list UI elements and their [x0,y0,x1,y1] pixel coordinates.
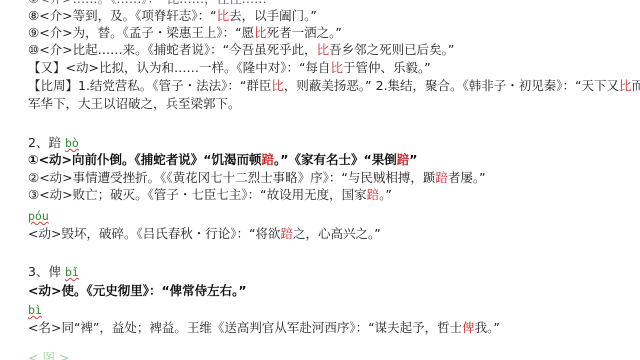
definition-line-2-1: ①<动>向前仆倒。《捕蛇者说》“饥渴而顿踣。”《家有名士》“果倒踣” [28,152,417,168]
highlight-char: 比 [619,78,632,93]
pinyin-bi4: bì [28,302,42,318]
highlight-char: 比 [317,42,330,57]
highlight-char: 踣 [435,170,448,185]
pinyin-pou: póu [28,208,49,224]
def-text: 之，心高兴之。” [293,226,381,241]
def-text: ，则蔽美扬恶。” 2.集结，聚合。《韩非子・初见秦》：“天下又 [284,78,619,93]
def-text: 者屡。” [448,170,486,185]
document-page: ①<介>……。《……》：“比……，往往……” ⑧<介>等到，及。《项脊轩志》：“… [0,0,640,360]
def-text: 。”《家有名士》“果倒 [274,152,397,167]
def-text: 我。” [475,320,500,335]
cut-bottom-text: < 图 > [28,350,69,360]
def-text: ⑨<介>为，替。《孟子・梁惠王上》：“愿 [28,25,254,40]
def-text: ①<动>向前仆倒。《捕蛇者说》“饥渴而顿 [28,152,262,167]
pinyin: póu [28,209,49,223]
definition-line-2-3: ③<动>败亡；破灭。《管子・七臣七主》：“故设用无度，国家踣。” [28,187,392,203]
pinyin: bì [28,303,42,317]
pinyin: bǐ [65,265,79,279]
def-text: 吾乡邻之死则已后矣。” [329,42,454,57]
definition-line-10: ⑩<介>比起……来。《捕蛇者说》：“今吾虽死乎此，比吾乡邻之死则已后矣。” [28,42,454,58]
highlight-char: 比 [271,78,284,93]
pinyin: bò [65,136,79,150]
definition-line-continued: 军华下，大王以诏破之，兵至梁郭下。 [28,96,241,112]
def-text: 而 [632,78,640,93]
def-text: ②<动>事情遭受挫折。《《黄花冈七十二烈士事略》序》：“与民贼相搏，踬 [28,170,435,185]
def-text: 去，以手阖门。” [229,8,317,23]
highlight-char: 俾 [462,320,475,335]
def-text: ⑩<介>比起……来。《捕蛇者说》：“今吾虽死乎此， [28,42,317,57]
definition-line-you: 【又】<动>比拟，认为和……一样。《隆中对》：“每自比于管仲、乐毅。” [28,60,431,76]
def-text: 于管仲、乐毅。” [343,60,431,75]
highlight-char: 比 [330,60,343,75]
definition-line-bizhou: 【比周】1.结党营私。《管子・法法》：“群臣比，则蔽美扬恶。” 2.集结，聚合。… [28,78,640,94]
highlight-char: 比 [217,8,230,23]
definition-line-3-1: <动>使。《元史彻里》：“俾常侍左右。” [28,283,247,299]
definition-line-9: ⑨<介>为，替。《孟子・梁惠王上》：“愿比死者一洒之。” [28,25,342,41]
definition-line-8: ⑧<介>等到，及。《项脊轩志》：“比去，以手阖门。” [28,8,317,24]
highlight-char: 踣 [367,187,380,202]
cut-top-line: ①<介>……。《……》：“比……，往往……” [28,0,273,7]
highlight-char: 踣 [262,152,275,167]
highlight-char: 比 [254,25,267,40]
definition-line-3-2: <名>同“裨”，益处；裨益。王维《送高判官从军赴河西序》：“谋夫起予，哲士俾我。… [28,320,500,336]
def-text: <名>同“裨”，益处；裨益。王维《送高判官从军赴河西序》：“谋夫起予，哲士 [28,320,462,335]
highlight-char: 踣 [280,226,293,241]
def-text: 军华下，大王以诏破之，兵至梁郭下。 [28,96,241,111]
def-text: ” [409,152,417,167]
definition-line-2-4: <动>毁坏，破碎。《吕氏春秋・行论》：“将欲踣之，心高兴之。” [28,226,381,242]
def-text: ③<动>败亡；破灭。《管子・七臣七主》：“故设用无度，国家 [28,187,367,202]
section-heading-3: 3、俾 bǐ [28,264,79,280]
def-text: 【又】<动>比拟，认为和……一样。《隆中对》：“每自 [28,60,330,75]
heading-text: 3、俾 [28,264,61,279]
heading-text: 2、踣 [28,135,61,150]
highlight-char: 踣 [397,152,410,167]
def-text: 【比周】1.结党营私。《管子・法法》：“群臣 [28,78,271,93]
def-text: <动>毁坏，破碎。《吕氏春秋・行论》：“将欲 [28,226,280,241]
section-heading-2: 2、踣 bò [28,135,79,151]
def-text: ⑧<介>等到，及。《项脊轩志》：“ [28,8,217,23]
def-text: 死者一洒之。” [267,25,342,40]
definition-line-2-2: ②<动>事情遭受挫折。《《黄花冈七十二烈士事略》序》：“与民贼相搏，踬踣者屡。” [28,170,486,186]
def-text: 。” [379,187,392,202]
